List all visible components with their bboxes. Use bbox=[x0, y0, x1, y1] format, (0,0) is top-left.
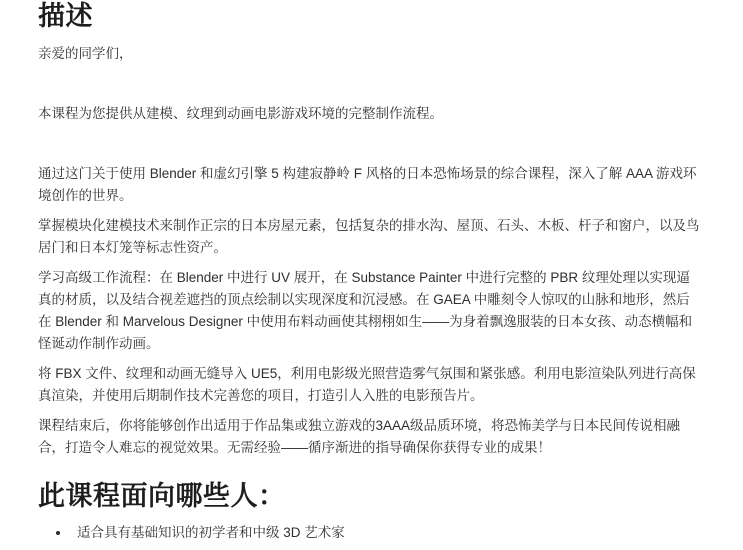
description-heading: 描述 bbox=[38, 0, 703, 32]
audience-list-item: 适合具有基础知识的初学者和中级 3D 艺术家 bbox=[71, 522, 703, 544]
course-description-page: 描述 亲爱的同学们， 本课程为您提供从建模、纹理到动画电影游戏环境的完整制作流程… bbox=[0, 0, 743, 544]
intro-paragraph: 本课程为您提供从建模、纹理到动画电影游戏环境的完整制作流程。 bbox=[38, 103, 703, 125]
modeling-paragraph: 掌握模块化建模技术来制作正宗的日本房屋元素，包括复杂的排水沟、屋顶、石头、木板、… bbox=[38, 215, 703, 259]
course-outcome-paragraph: 课程结束后，你将能够创作出适用于作品集或独立游戏的3AAA级品质环境，将恐怖美学… bbox=[38, 415, 703, 459]
greeting-paragraph: 亲爱的同学们， bbox=[38, 43, 703, 65]
audience-heading: 此课程面向哪些人： bbox=[38, 480, 703, 512]
ue5-import-paragraph: 将 FBX 文件、纹理和动画无缝导入 UE5，利用电影级光照营造雾气氛围和紧张感… bbox=[38, 363, 703, 407]
course-overview-paragraph: 通过这门关于使用 Blender 和虚幻引擎 5 构建寂静岭 F 风格的日本恐怖… bbox=[38, 163, 703, 207]
audience-list: 适合具有基础知识的初学者和中级 3D 艺术家 bbox=[38, 522, 703, 544]
workflow-paragraph: 学习高级工作流程：在 Blender 中进行 UV 展开，在 Substance… bbox=[38, 267, 703, 355]
